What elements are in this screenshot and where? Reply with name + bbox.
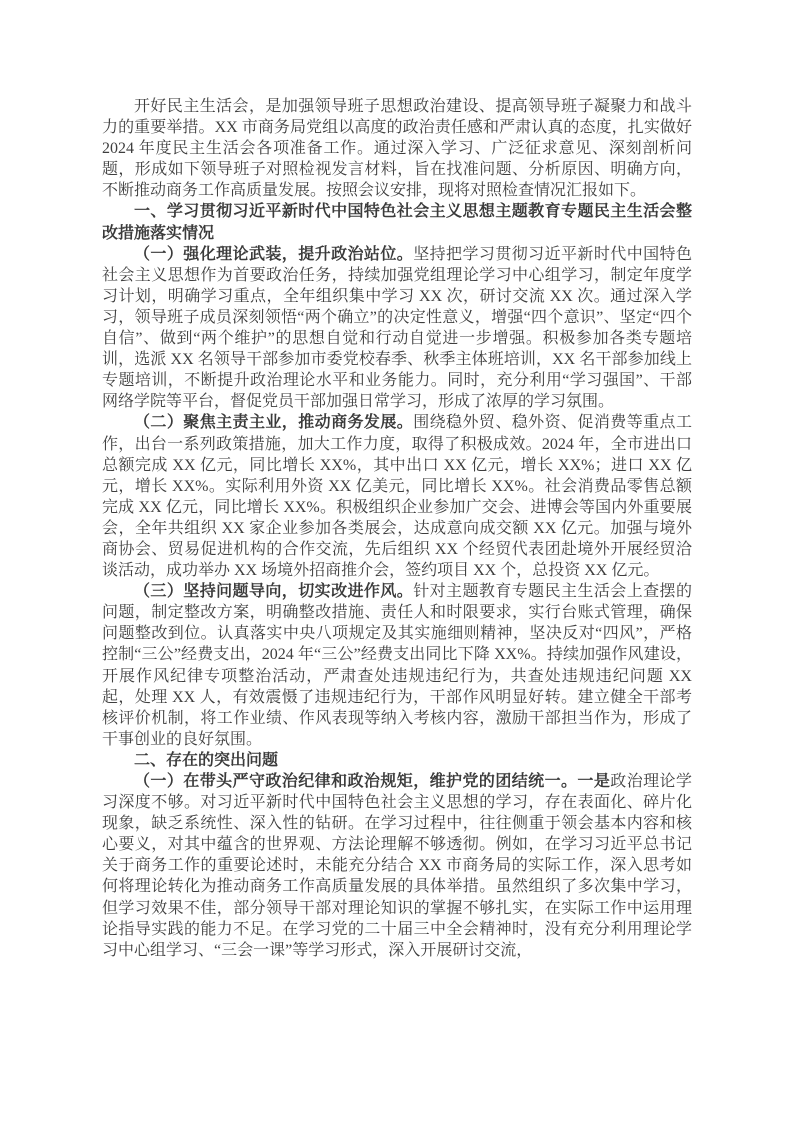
heading-text: 二、存在的突出问题 (134, 752, 278, 769)
paragraph-lead: （二）聚焦主责主业，推动商务发展。 (134, 414, 413, 431)
heading-text: 一、学习贯彻习近平新时代中国特色社会主义思想主题教育专题民主生活会整改措施落实情… (102, 203, 692, 241)
paragraph-1-3: （三）坚持问题导向，切实改进作风。针对主题教育专题民主生活会上查摆的问题，制定整… (102, 581, 692, 750)
paragraph-text: 开好民主生活会，是加强领导班子思想政治建设、提高领导班子凝聚力和战斗力的重要举措… (102, 98, 692, 199)
document-page: 开好民主生活会，是加强领导班子思想政治建设、提高领导班子凝聚力和战斗力的重要举措… (0, 0, 793, 1122)
paragraph-text: 针对主题教育专题民主生活会上查摆的问题，制定整改方案，明确整改措施、责任人和时限… (102, 583, 692, 748)
paragraph-text: 围绕稳外贸、稳外资、促消费等重点工作，出台一系列政策措施，加大工作力度，取得了积… (102, 414, 692, 579)
section-heading-1: 一、学习贯彻习近平新时代中国特色社会主义思想主题教育专题民主生活会整改措施落实情… (102, 201, 692, 243)
paragraph-1-2: （二）聚焦主责主业，推动商务发展。围绕稳外贸、稳外资、促消费等重点工作，出台一系… (102, 412, 692, 581)
paragraph-intro: 开好民主生活会，是加强领导班子思想政治建设、提高领导班子凝聚力和战斗力的重要举措… (102, 96, 692, 201)
paragraph-lead: （一）强化理论武装，提升政治站位。 (134, 246, 413, 263)
paragraph-text: 政治理论学习深度不够。对习近平新时代中国特色社会主义思想的学习，存在表面化、碎片… (102, 773, 692, 959)
paragraph-text: 坚持把学习贯彻习近平新时代中国特色社会主义思想作为首要政治任务，持续加强党组理论… (102, 246, 692, 411)
section-heading-2: 二、存在的突出问题 (102, 750, 692, 771)
paragraph-2-1: （一）在带头严守政治纪律和政治规矩，维护党的团结统一。一是政治理论学习深度不够。… (102, 771, 692, 961)
paragraph-lead: （三）坚持问题导向，切实改进作风。 (134, 583, 413, 600)
paragraph-lead: （一）在带头严守政治纪律和政治规矩，维护党的团结统一。一是 (134, 773, 610, 790)
document-content: 开好民主生活会，是加强领导班子思想政治建设、提高领导班子凝聚力和战斗力的重要举措… (102, 96, 692, 961)
paragraph-1-1: （一）强化理论武装，提升政治站位。坚持把学习贯彻习近平新时代中国特色社会主义思想… (102, 244, 692, 413)
